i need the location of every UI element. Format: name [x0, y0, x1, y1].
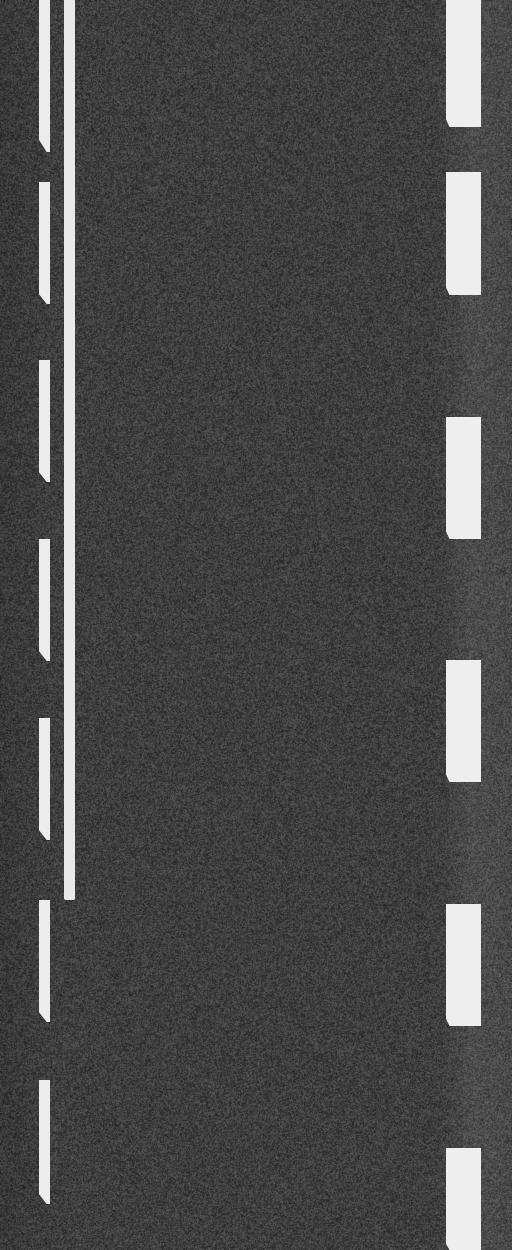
asphalt-texture [0, 0, 512, 1250]
right-dash-6 [446, 1148, 481, 1250]
right-dash-2 [446, 172, 481, 295]
left-dash-2 [39, 182, 50, 304]
left-dash-5 [39, 718, 50, 840]
right-dash-1 [446, 0, 481, 127]
left-dash-1 [39, 0, 50, 152]
right-dash-4 [446, 660, 481, 782]
right-dash-5 [446, 904, 481, 1026]
right-dash-3 [446, 417, 481, 539]
left-solid-lane-line [64, 0, 75, 900]
road-surface [0, 0, 512, 1250]
left-dash-6 [39, 900, 50, 1022]
left-dash-7 [39, 1080, 50, 1204]
left-dash-4 [39, 539, 50, 661]
left-dash-3 [39, 360, 50, 482]
